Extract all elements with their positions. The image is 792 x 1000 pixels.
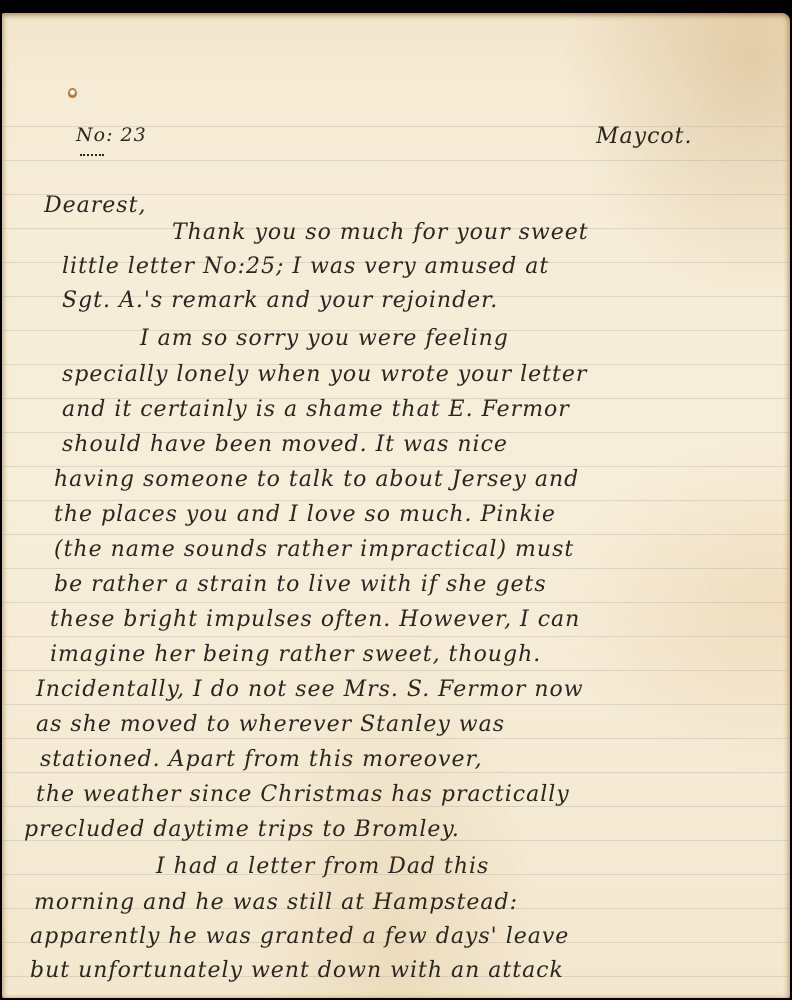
letter-line: should have been moved. It was nice xyxy=(62,432,508,457)
letter-number-underline xyxy=(80,150,104,156)
letter-line: precluded daytime trips to Bromley. xyxy=(24,817,460,842)
letter-line: little letter No:25; I was very amused a… xyxy=(62,254,549,279)
letter-line: but unfortunately went down with an atta… xyxy=(30,958,564,983)
letter-line: I am so sorry you were feeling xyxy=(140,326,509,351)
letter-line: having someone to talk to about Jersey a… xyxy=(54,467,579,492)
letter-line: these bright impulses often. However, I … xyxy=(50,607,580,632)
letter-line: I had a letter from Dad this xyxy=(156,854,489,879)
pinhole-stain xyxy=(68,88,77,99)
letter-line: Thank you so much for your sweet xyxy=(172,220,589,245)
letter-line: as she moved to wherever Stanley was xyxy=(36,712,505,737)
letter-line: imagine her being rather sweet, though. xyxy=(50,642,541,667)
letter-line: (the name sounds rather impractical) mus… xyxy=(54,537,574,562)
letter-line: stationed. Apart from this moreover, xyxy=(40,747,483,772)
letter-line: the weather since Christmas has practica… xyxy=(36,782,570,807)
letter-line: apparently he was granted a few days' le… xyxy=(30,924,569,949)
letter-line: Sgt. A.'s remark and your rejoinder. xyxy=(62,288,498,313)
letter-line: specially lonely when you wrote your let… xyxy=(62,362,587,387)
letter-line: the places you and I love so much. Pinki… xyxy=(54,502,556,527)
letter-line: morning and he was still at Hampstead: xyxy=(34,890,518,915)
letter-line: Incidentally, I do not see Mrs. S. Fermo… xyxy=(36,677,584,702)
letter-line: be rather a strain to live with if she g… xyxy=(54,572,547,597)
letter-location: Maycot. xyxy=(596,124,692,149)
salutation: Dearest, xyxy=(44,193,146,218)
letter-number: No: 23 xyxy=(76,124,147,146)
letter-line: and it certainly is a shame that E. Ferm… xyxy=(62,397,570,422)
